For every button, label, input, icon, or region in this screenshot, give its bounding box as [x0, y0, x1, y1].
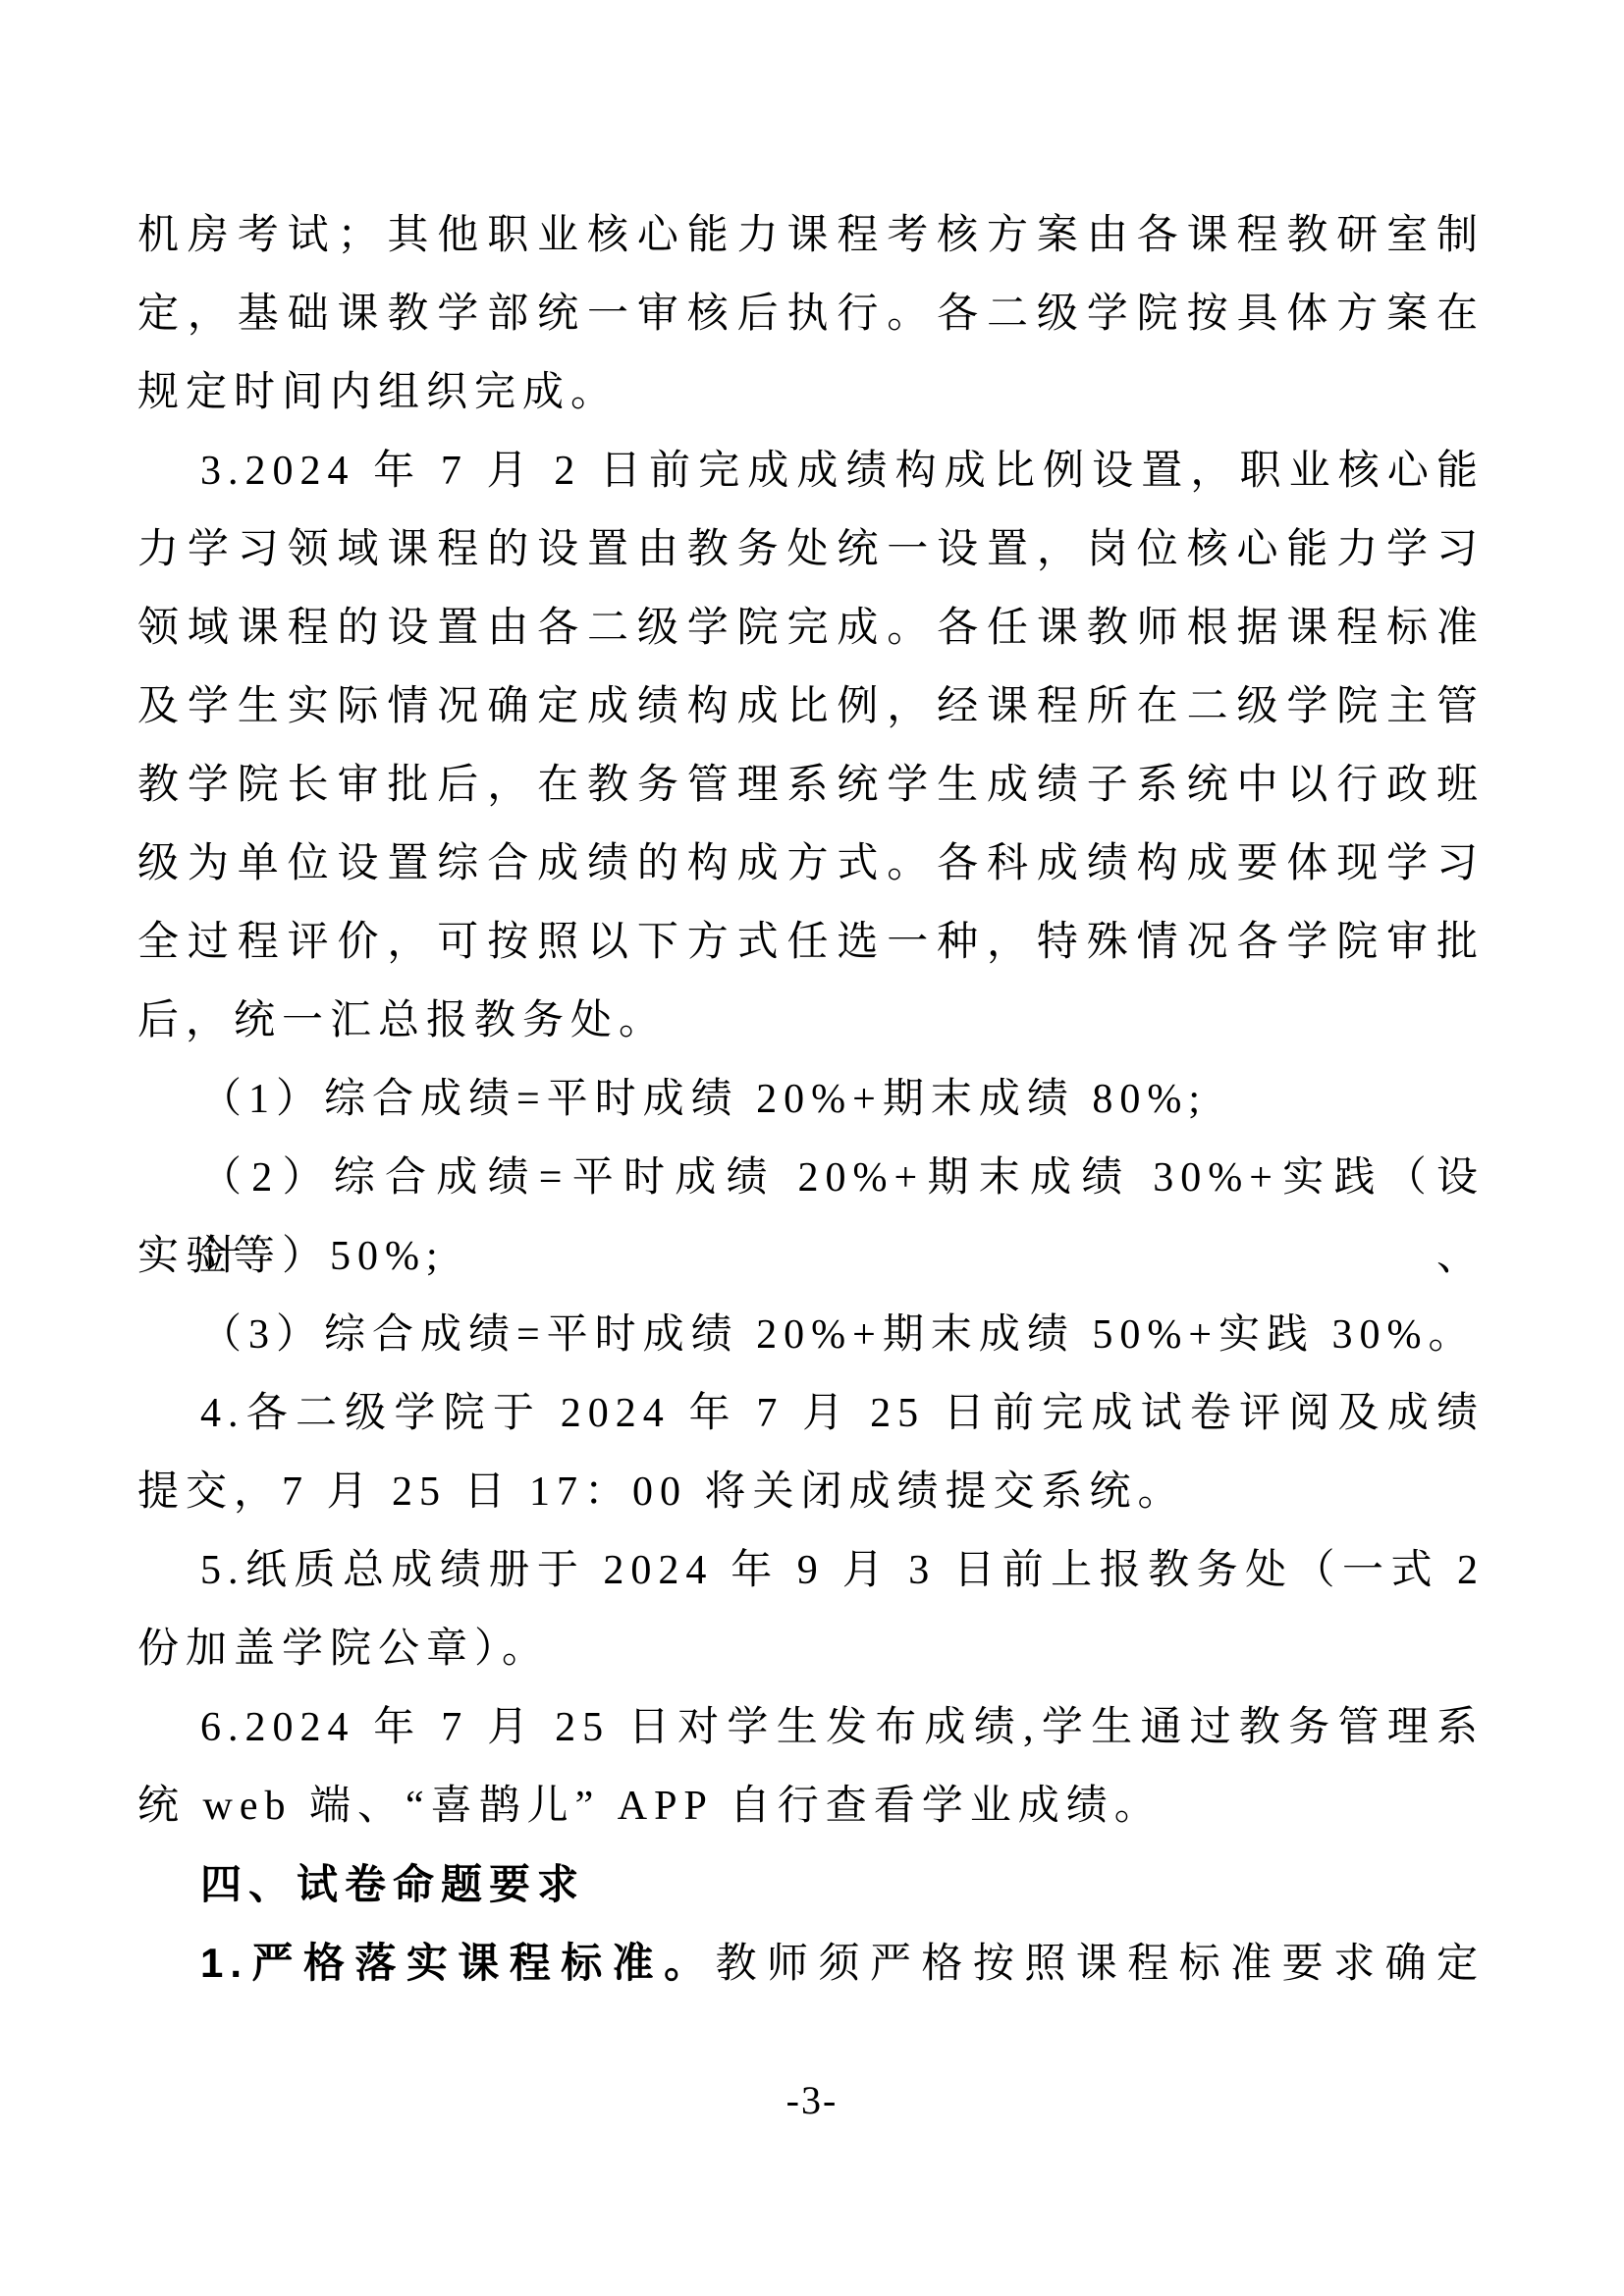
text-line: 定，基础课教学部统一审核后执行。各二级学院按具体方案在: [137, 275, 1485, 353]
text-line: 规定时间内组织完成。: [137, 353, 1485, 432]
text-line: 提交，7 月 25 日 17：00 将关闭成绩提交系统。: [137, 1453, 1485, 1531]
document-body: 机房考试；其他职业核心能力课程考核方案由各课程教研室制定，基础课教学部统一审核后…: [137, 196, 1485, 2002]
line-text: 教师须严格按照课程标准要求确定: [716, 1942, 1485, 1987]
text-line: 力学习领域课程的设置由教务处统一设置，岗位核心能力学习: [137, 510, 1485, 589]
text-line: 全过程评价，可按照以下方式任选一种，特殊情况各学院审批: [137, 903, 1485, 982]
text-line: 3.2024 年 7 月 2 日前完成成绩构成比例设置，职业核心能: [137, 432, 1485, 510]
text-line: （2）综合成绩=平时成绩 20%+期末成绩 30%+实践（设计、: [137, 1139, 1485, 1217]
text-line: （1）综合成绩=平时成绩 20%+期末成绩 80%;: [137, 1060, 1485, 1139]
text-line: 及学生实际情况确定成绩构成比例，经课程所在二级学院主管: [137, 667, 1485, 746]
text-line: 6.2024 年 7 月 25 日对学生发布成绩,学生通过教务管理系: [137, 1688, 1485, 1767]
text-line: 4.各二级学院于 2024 年 7 月 25 日前完成试卷评阅及成绩: [137, 1374, 1485, 1453]
text-line: 份加盖学院公章）。: [137, 1610, 1485, 1688]
text-line: 机房考试；其他职业核心能力课程考核方案由各课程教研室制: [137, 196, 1485, 275]
document-page: 机房考试；其他职业核心能力课程考核方案由各课程教研室制定，基础课教学部统一审核后…: [0, 0, 1624, 2296]
page-number: -3-: [0, 2069, 1624, 2132]
section-heading: 四、试卷命题要求: [137, 1845, 1485, 1924]
text-line: 领域课程的设置由各二级学院完成。各任课教师根据课程标准: [137, 589, 1485, 667]
text-line: 后，统一汇总报教务处。: [137, 982, 1485, 1060]
text-line: 级为单位设置综合成绩的构成方式。各科成绩构成要体现学习: [137, 825, 1485, 903]
text-line: 统 web 端、“喜鹊儿” APP 自行查看学业成绩。: [137, 1767, 1485, 1845]
text-line: 5.纸质总成绩册于 2024 年 9 月 3 日前上报教务处（一式 2: [137, 1531, 1485, 1610]
text-line: 教学院长审批后，在教务管理系统学生成绩子系统中以行政班: [137, 746, 1485, 825]
bold-lead-text: 1.严格落实课程标准。: [200, 1940, 716, 1986]
text-line: 1.严格落实课程标准。教师须严格按照课程标准要求确定: [137, 1924, 1485, 2002]
text-line: （3）综合成绩=平时成绩 20%+期末成绩 50%+实践 30%。: [137, 1296, 1485, 1374]
